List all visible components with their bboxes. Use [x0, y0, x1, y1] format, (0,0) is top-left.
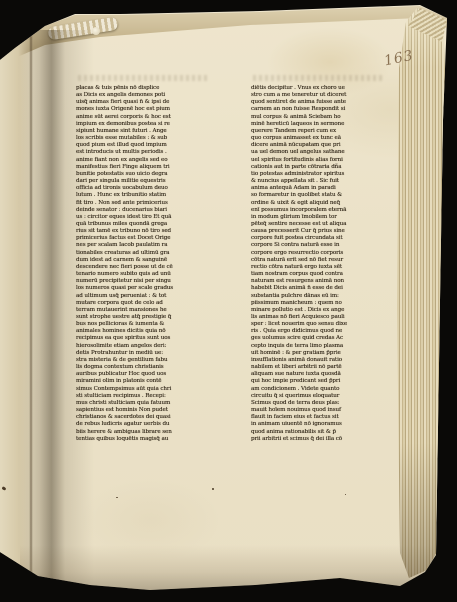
gutter-crease	[30, 36, 32, 584]
open-book-pages: 163 placas & tuis pēnis nō displice as D…	[0, 0, 457, 602]
ink-speck	[212, 488, 214, 490]
bottom-page-shadow	[20, 545, 440, 590]
fore-edge-pages	[397, 8, 447, 588]
book-photograph: 163 placas & tuis pēnis nō displice as D…	[0, 0, 457, 602]
text-column-right: diētis decipitur . Vnus ex choro ue stro…	[251, 85, 401, 443]
ink-speck	[345, 494, 346, 495]
show-through-text-left	[78, 75, 210, 81]
text-column-left: placas & tuis pēnis nō displice as Dicis…	[76, 85, 226, 443]
show-through-text-right	[253, 75, 385, 81]
ink-speck	[116, 497, 118, 498]
